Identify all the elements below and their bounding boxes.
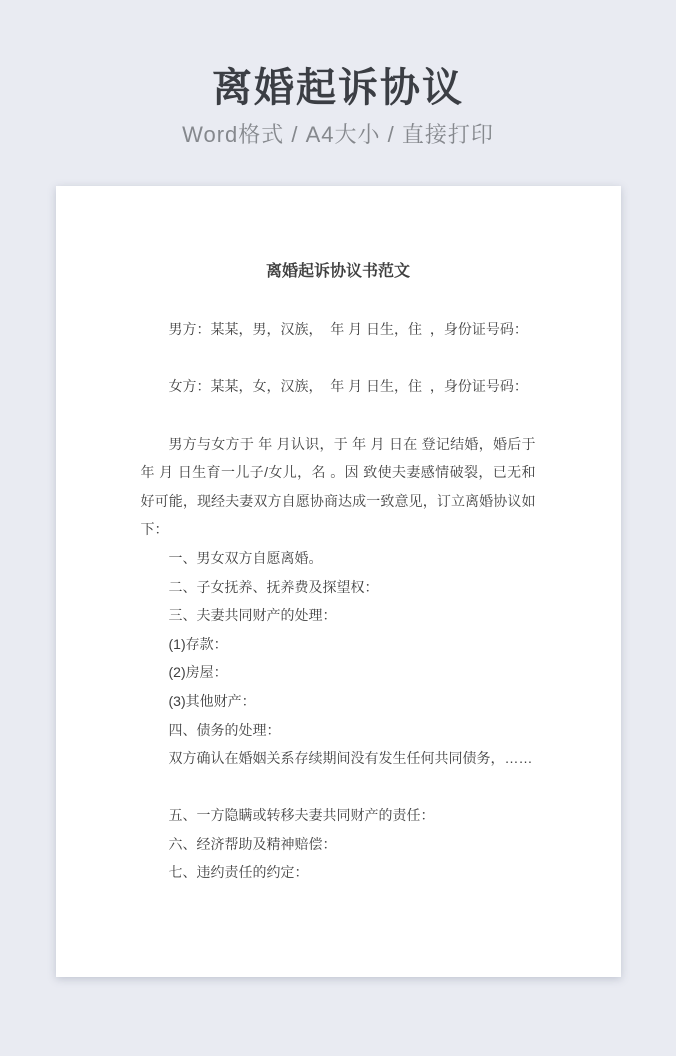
- sub-item-3-other-property: (3)其他财产：: [141, 687, 536, 716]
- blank-line: [141, 344, 536, 373]
- doc-title: 离婚起诉协议书范文: [141, 258, 536, 287]
- item-1-divorce: 一、男女双方自愿离婚。: [141, 544, 536, 573]
- debts-statement: 双方确认在婚姻关系存续期间没有发生任何共同债务，……: [141, 744, 536, 773]
- item-7-breach: 七、违约责任的约定：: [141, 858, 536, 887]
- header: 离婚起诉协议 Word格式 / A4大小 / 直接打印: [0, 66, 676, 150]
- page-title: 离婚起诉协议: [0, 66, 676, 110]
- blank-line: [141, 773, 536, 802]
- page-subtitle: Word格式 / A4大小 / 直接打印: [0, 120, 676, 150]
- female-party-line: 女方：某某，女，汉族， 年 月 日生，住 ，身份证号码：: [141, 372, 536, 401]
- item-6-compensation: 六、经济帮助及精神赔偿：: [141, 830, 536, 859]
- item-2-custody: 二、子女抚养、抚养费及探望权：: [141, 573, 536, 602]
- sub-item-2-house: (2)房屋：: [141, 658, 536, 687]
- blank-line: [141, 401, 536, 430]
- document-page: 离婚起诉协议书范文男方：某某，男，汉族， 年 月 日生，住 ，身份证号码：女方：…: [56, 186, 621, 977]
- item-3-property: 三、夫妻共同财产的处理：: [141, 601, 536, 630]
- male-party-line: 男方：某某，男，汉族， 年 月 日生，住 ，身份证号码：: [141, 315, 536, 344]
- intro-paragraph: 男方与女方于 年 月认识，于 年 月 日在 登记结婚，婚后于 年 月 日生育一儿…: [141, 430, 536, 544]
- item-5-concealment: 五、一方隐瞒或转移夫妻共同财产的责任：: [141, 801, 536, 830]
- sub-item-1-deposits: (1)存款：: [141, 630, 536, 659]
- item-4-debts: 四、债务的处理：: [141, 716, 536, 745]
- document-body: 离婚起诉协议书范文男方：某某，男，汉族， 年 月 日生，住 ，身份证号码：女方：…: [141, 258, 536, 887]
- blank-line: [141, 287, 536, 316]
